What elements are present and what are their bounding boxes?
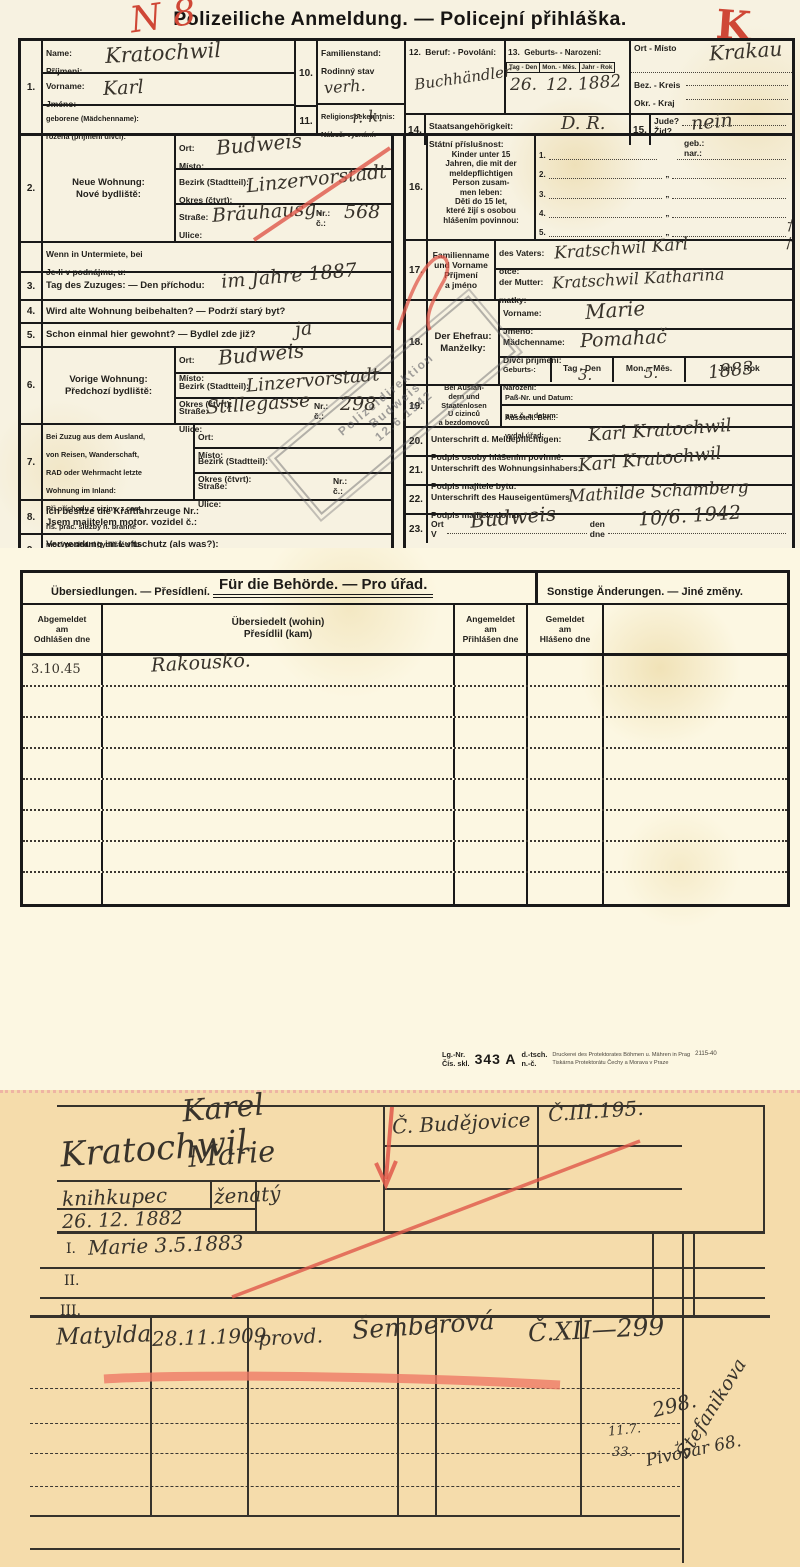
schon-gewohnt-cell: Schon einmal hier gewohnt? — Bydlel zde …	[43, 324, 391, 346]
vorname-value: Karl	[102, 76, 144, 100]
row-number-6: 6.	[21, 348, 43, 423]
ort-v-label: Ort V	[431, 519, 444, 539]
kraftfahrzeuge-cell: Ich besitze die Kraftfahrzeuge Nr.: Jsem…	[43, 501, 391, 533]
rule-line	[30, 1515, 680, 1517]
note-date: 28.11.1909	[152, 1323, 267, 1351]
rule-line	[30, 1388, 680, 1389]
rule-line	[435, 1315, 437, 1515]
col-uebersiedelt: Übersiedelt (wohin) Přesídlil (kam)	[232, 617, 325, 641]
row-number-2: 2.	[21, 136, 43, 241]
empty-number-cell	[21, 243, 43, 271]
card-given-name-2: Marie	[187, 1134, 276, 1174]
frau-vorname-value: Marie	[584, 296, 646, 324]
scanned-registration-document: Polizeiliche Anmeldung. — Policejní přih…	[0, 0, 800, 1567]
geburt-label: Geburts- - Narozeni:	[524, 48, 601, 57]
name-label: Name: Příjmeni:	[46, 48, 82, 76]
table-row	[23, 842, 787, 873]
row-number-5: 5.	[21, 324, 43, 346]
zuzug-label: Tag des Zuzuges: — Den příchodu:	[46, 280, 205, 291]
behoerde-title: Für die Behörde. — Pro úřad.	[213, 576, 433, 598]
note-name: Matylda	[56, 1321, 152, 1350]
note-reference: Č.XII—299	[527, 1311, 665, 1347]
vater-value: Kratschwil Karl	[553, 234, 688, 263]
side-date-1: 11.7.	[607, 1421, 641, 1439]
birth-day-value: 26.	[510, 75, 537, 95]
dotted-line	[672, 227, 786, 237]
alte-wohnung-label: Wird alte Wohnung beibehalten? — Podrží …	[46, 306, 285, 317]
row-number-23: 23.	[406, 515, 428, 543]
red-number-annotation: N 8	[127, 0, 198, 41]
row-number-4: 4.	[21, 301, 43, 322]
left-column: 2. Neue Wohnung: Nové bydliště: Ort: Mís…	[18, 136, 394, 569]
behoerde-column-headers: Abgemeldet am Odhlášen dne Übersiedelt (…	[23, 603, 787, 656]
rule-line	[537, 1105, 539, 1188]
familienstand-value: verh.	[323, 76, 366, 98]
zuzug-cell: Tag des Zuzuges: — Den příchodu: im Jahr…	[43, 273, 391, 299]
bez-kreis-label: Bez. - Kreis Okr. - Kraj	[634, 80, 680, 108]
row-2: 2. Neue Wohnung: Nové bydliště: Ort: Mís…	[21, 136, 391, 241]
beruf-cell: 12. Beruf: - Povolání: Buchhändler	[406, 41, 506, 113]
beruf-label: Beruf: - Povolání:	[425, 47, 496, 57]
row-4: 4. Wird alte Wohnung beibehalten? — Podr…	[21, 299, 391, 322]
row-5: 5. Schon einmal hier gewohnt? — Bydlel z…	[21, 322, 391, 346]
new-nr-value: 568	[344, 201, 380, 223]
print-code: 2115-40	[695, 1051, 717, 1057]
birthplace-value: Krakau	[708, 36, 783, 65]
col-abgemeldet: Abgemeldet am Odhlášen dne	[34, 614, 90, 644]
vorname-label: Vorname: Jméno:	[46, 81, 85, 109]
red-thick-underline	[104, 1376, 560, 1385]
index-card-section: Kratochwil Karel Marie knihkupec ženatý …	[0, 1090, 800, 1567]
uebersiedlungen-caption: Übersiedlungen. — Přesídlení.	[51, 586, 210, 598]
den-dne-label: den dne	[590, 519, 605, 539]
registration-form-section: Polizeiliche Anmeldung. — Policejní přih…	[0, 0, 800, 548]
geburt-cell: 13. Geburts- - Narozeni: Tag - Den Mon. …	[506, 41, 631, 113]
schon-gewohnt-label: Schon einmal hier gewohnt? — Bydlel zde …	[46, 329, 256, 340]
card-marital-status: ženatý	[213, 1181, 281, 1208]
table-row	[23, 687, 787, 718]
col-angemeldet: Angemeldet am Přihlášen dne	[463, 614, 519, 644]
rule-line	[57, 1180, 380, 1182]
kinder-label-cell: Kinder unter 15 Jahren, die mit der meld…	[428, 136, 536, 239]
frau-jahr-value: 1883	[707, 358, 755, 384]
col-gemeldet: Gemeldet am Hlášeno dne	[540, 614, 591, 644]
beruf-value: Buchhändler	[413, 62, 512, 93]
row-3: 3. Tag des Zuzuges: — Den příchodu: im J…	[21, 271, 391, 299]
table-row	[23, 811, 787, 842]
dotted-line	[549, 150, 658, 160]
dotted-line	[672, 169, 786, 179]
ort-den-cell: Ort V den dne Budweis 10/6. 1942	[428, 515, 792, 543]
rule-line	[30, 1486, 680, 1487]
form-top-block: 1. Name: Příjmeni: Kratochwil Vorname: J…	[18, 38, 795, 136]
name-value: Kratochwil	[104, 38, 221, 68]
note-rod: provd.	[257, 1323, 323, 1350]
rule-line	[652, 1231, 654, 1315]
entry-date: 3.10.45	[31, 662, 81, 677]
rule-line	[30, 1548, 680, 1550]
form-grid: 1. Name: Příjmeni: Kratochwil Vorname: J…	[18, 38, 795, 569]
familienstand-label: Familienstand: Rodinný stav	[321, 48, 381, 76]
table-row	[23, 718, 787, 749]
side-date-2: 33.	[612, 1445, 633, 1460]
rule-line	[383, 1145, 682, 1147]
unterschrift-meldepflichtigen-cell: Unterschrift d. Meldepflichtigen: Podpis…	[428, 428, 792, 455]
card-occupation: knihkupec	[62, 1183, 168, 1211]
entry-destination: Rakousko.	[150, 649, 251, 676]
frau-mon-value: 5.	[644, 364, 658, 382]
behoerde-header-strip: Für die Behörde. — Pro úřad. Übersiedlun…	[23, 573, 787, 603]
row-8: 8. Ich besitze die Kraftfahrzeuge Nr.: J…	[21, 499, 391, 533]
frau-tag-value: 3.	[578, 366, 592, 384]
strasse-label: Straße: Ulice:	[179, 212, 208, 240]
note-surname: Šemberová	[351, 1306, 495, 1345]
rule-line	[57, 1105, 765, 1107]
authority-section: Für die Behörde. — Pro úřad. Übersiedlun…	[0, 548, 800, 1090]
kinder-lines-cell: geb.: nar.: 1. 2.„ 3.„ 4.„ 5.„	[536, 136, 792, 239]
rule-line	[397, 1315, 399, 1515]
dotted-line	[672, 189, 786, 199]
rule-line	[210, 1180, 212, 1208]
row-number-7: 7.	[21, 425, 43, 499]
birth-year-value: 1882	[577, 71, 622, 95]
printer-imprint: Druckerei des Protektorates Böhmen u. Mä…	[552, 1051, 690, 1068]
birth-month-value: 12.	[546, 75, 573, 95]
row-number-8: 8.	[21, 501, 43, 533]
form-title: Polizeiliche Anmeldung. — Policejní přih…	[120, 8, 680, 31]
behoerde-rows: 3.10.45 Rakousko.	[23, 656, 787, 904]
dotted-line	[549, 169, 663, 179]
side-house-number: 298.	[650, 1388, 699, 1422]
ausland-label-cell: Bei Zuzug aus dem Ausland, von Reisen, W…	[43, 425, 195, 499]
alte-wohnung-cell: Wird alte Wohnung beibehalten? — Podrží …	[43, 301, 391, 322]
sonstige-caption: Sonstige Änderungen. — Jiné změny.	[547, 586, 743, 598]
rule-line	[40, 1267, 765, 1269]
card-city: Č. Budějovice	[391, 1107, 531, 1138]
row-number-16: 16.	[406, 136, 428, 239]
behoerde-table: Für die Behörde. — Pro úřad. Übersiedlun…	[20, 570, 790, 907]
maedchenname-value: Pomahač	[579, 326, 667, 353]
dotted-line	[549, 189, 663, 199]
bezirk-label: Bezirk (Stadtteil): Okres (čtvrt):	[179, 177, 249, 205]
table-row	[23, 873, 787, 904]
schon-gewohnt-value: ja	[294, 317, 313, 341]
row-number-3: 3.	[21, 273, 43, 299]
dtsch-label: d.-tsch. n.-č.	[521, 1051, 547, 1068]
roman-numeral-2: II.	[64, 1273, 80, 1289]
neue-wohnung-label-cell: Neue Wohnung: Nové bydliště:	[43, 136, 176, 241]
jude-value: nein	[690, 109, 734, 135]
dotted-line	[672, 208, 786, 218]
table-row	[23, 749, 787, 780]
name-cells: Name: Příjmeni: Kratochwil Vorname: Jmén…	[43, 41, 296, 133]
rule-line	[40, 1297, 765, 1299]
rule-line	[30, 1453, 680, 1454]
card-given-name-1: Karel	[181, 1087, 266, 1129]
num-10-11-cells: 10. 11.	[296, 41, 318, 133]
vorige-wohnung-label-cell: Vorige Wohnung: Předchozí bydliště:	[43, 348, 176, 423]
row-17: 17. Familienname und Vorname Příjmení a …	[406, 239, 792, 299]
rule-line	[30, 1423, 680, 1424]
table-row: 3.10.45 Rakousko.	[23, 656, 787, 687]
row-number-22: 22.	[406, 486, 428, 513]
birthplace-cells: Ort - Místo Krakau Bez. - Kreis Okr. - K…	[631, 41, 792, 113]
red-diagonal-line	[232, 1141, 640, 1297]
familienstand-religion-cells: Familienstand: Rodinný stav verh. Religi…	[318, 41, 406, 133]
card-child-1: Marie 3.5.1883	[88, 1230, 244, 1259]
dotted-line	[686, 85, 788, 86]
ort-label: Ort: Místo:	[179, 143, 204, 171]
row-number-21: 21.	[406, 457, 428, 484]
roman-numeral-1: I.	[66, 1241, 76, 1257]
rule-line	[693, 1231, 695, 1315]
row-number-17: 17.	[406, 241, 428, 299]
staats-value: D. R.	[561, 113, 606, 134]
religion-value: r. k.	[351, 106, 383, 127]
lg-nr-label: Lg.-Nr. Čís. skl.	[442, 1051, 470, 1068]
rule-line	[763, 1105, 765, 1231]
familienname-label-cell: Familienname und Vorname Příjmení a jmén…	[428, 241, 496, 299]
dotted-line	[677, 150, 786, 160]
table-row	[23, 780, 787, 811]
card-birthdate: 26. 12. 1882	[62, 1207, 184, 1233]
row-16: 16. Kinder unter 15 Jahren, die mit der …	[406, 136, 792, 239]
card-reference: Č.III.195.	[547, 1096, 644, 1127]
rule-line	[383, 1105, 385, 1231]
row-23: 23. Ort V den dne Budweis 10/6. 1942	[406, 513, 792, 543]
ort-misto-label: Ort - Místo	[634, 43, 677, 53]
dotted-line	[549, 208, 663, 218]
rule-line	[383, 1188, 682, 1190]
dotted-line	[549, 227, 663, 237]
old-nr-value: 298	[340, 393, 376, 415]
top-right-cells: 12. Beruf: - Povolání: Buchhändler 13. G…	[406, 41, 792, 133]
print-footer: Lg.-Nr. Čís. skl. 343 A d.-tsch. n.-č. D…	[442, 1051, 717, 1068]
row-20: 20. Unterschrift d. Meldepflichtigen: Po…	[406, 426, 792, 455]
dotted-line	[686, 99, 788, 100]
row-number-1: 1.	[21, 41, 43, 133]
rule-line	[580, 1315, 582, 1515]
form-number: 343 A	[475, 1051, 517, 1067]
section-divider-line	[535, 573, 538, 603]
mon-mes-label: Mon. - Měs.	[540, 62, 579, 73]
